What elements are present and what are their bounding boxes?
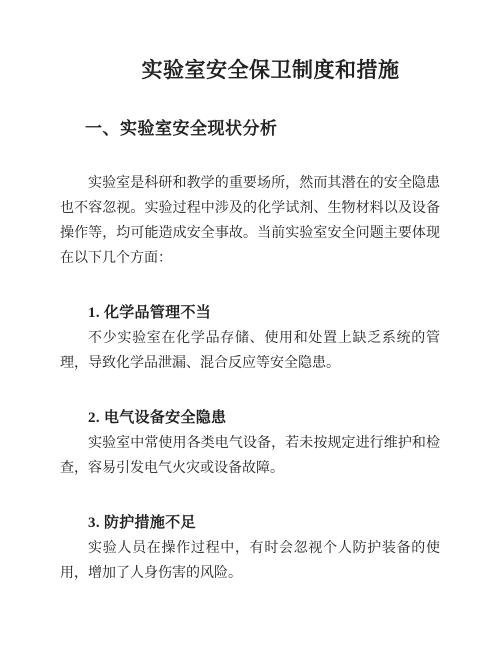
list-item-electrical: 2. 电气设备安全隐患 实验室中常使用各类电气设备，若未按规定进行维护和检查，容… [60, 406, 440, 481]
item-body-chemical: 不少实验室在化学品存储、使用和处置上缺乏系统的管理，导致化学品泄漏、混合反应等安… [60, 326, 440, 376]
intro-paragraph: 实验室是科研和教学的重要场所，然而其潜在的安全隐患也不容忽视。实验过程中涉及的化… [60, 171, 440, 271]
document-page: 实验室安全保卫制度和措施 一、实验室安全现状分析 实验室是科研和教学的重要场所，… [0, 0, 500, 647]
item-heading-electrical: 2. 电气设备安全隐患 [60, 406, 440, 431]
item-body-protection: 实验人员在操作过程中，有时会忽视个人防护装备的使用，增加了人身伤害的风险。 [60, 536, 440, 586]
section-heading: 一、实验室安全现状分析 [60, 118, 440, 139]
item-body-electrical: 实验室中常使用各类电气设备，若未按规定进行维护和检查，容易引发电气火灾或设备故障… [60, 431, 440, 481]
list-item-protection: 3. 防护措施不足 实验人员在操作过程中，有时会忽视个人防护装备的使用，增加了人… [60, 511, 440, 586]
item-heading-protection: 3. 防护措施不足 [60, 511, 440, 536]
document-title: 实验室安全保卫制度和措施 [60, 58, 440, 84]
list-item-chemical: 1. 化学品管理不当 不少实验室在化学品存储、使用和处置上缺乏系统的管理，导致化… [60, 301, 440, 376]
item-heading-chemical: 1. 化学品管理不当 [60, 301, 440, 326]
